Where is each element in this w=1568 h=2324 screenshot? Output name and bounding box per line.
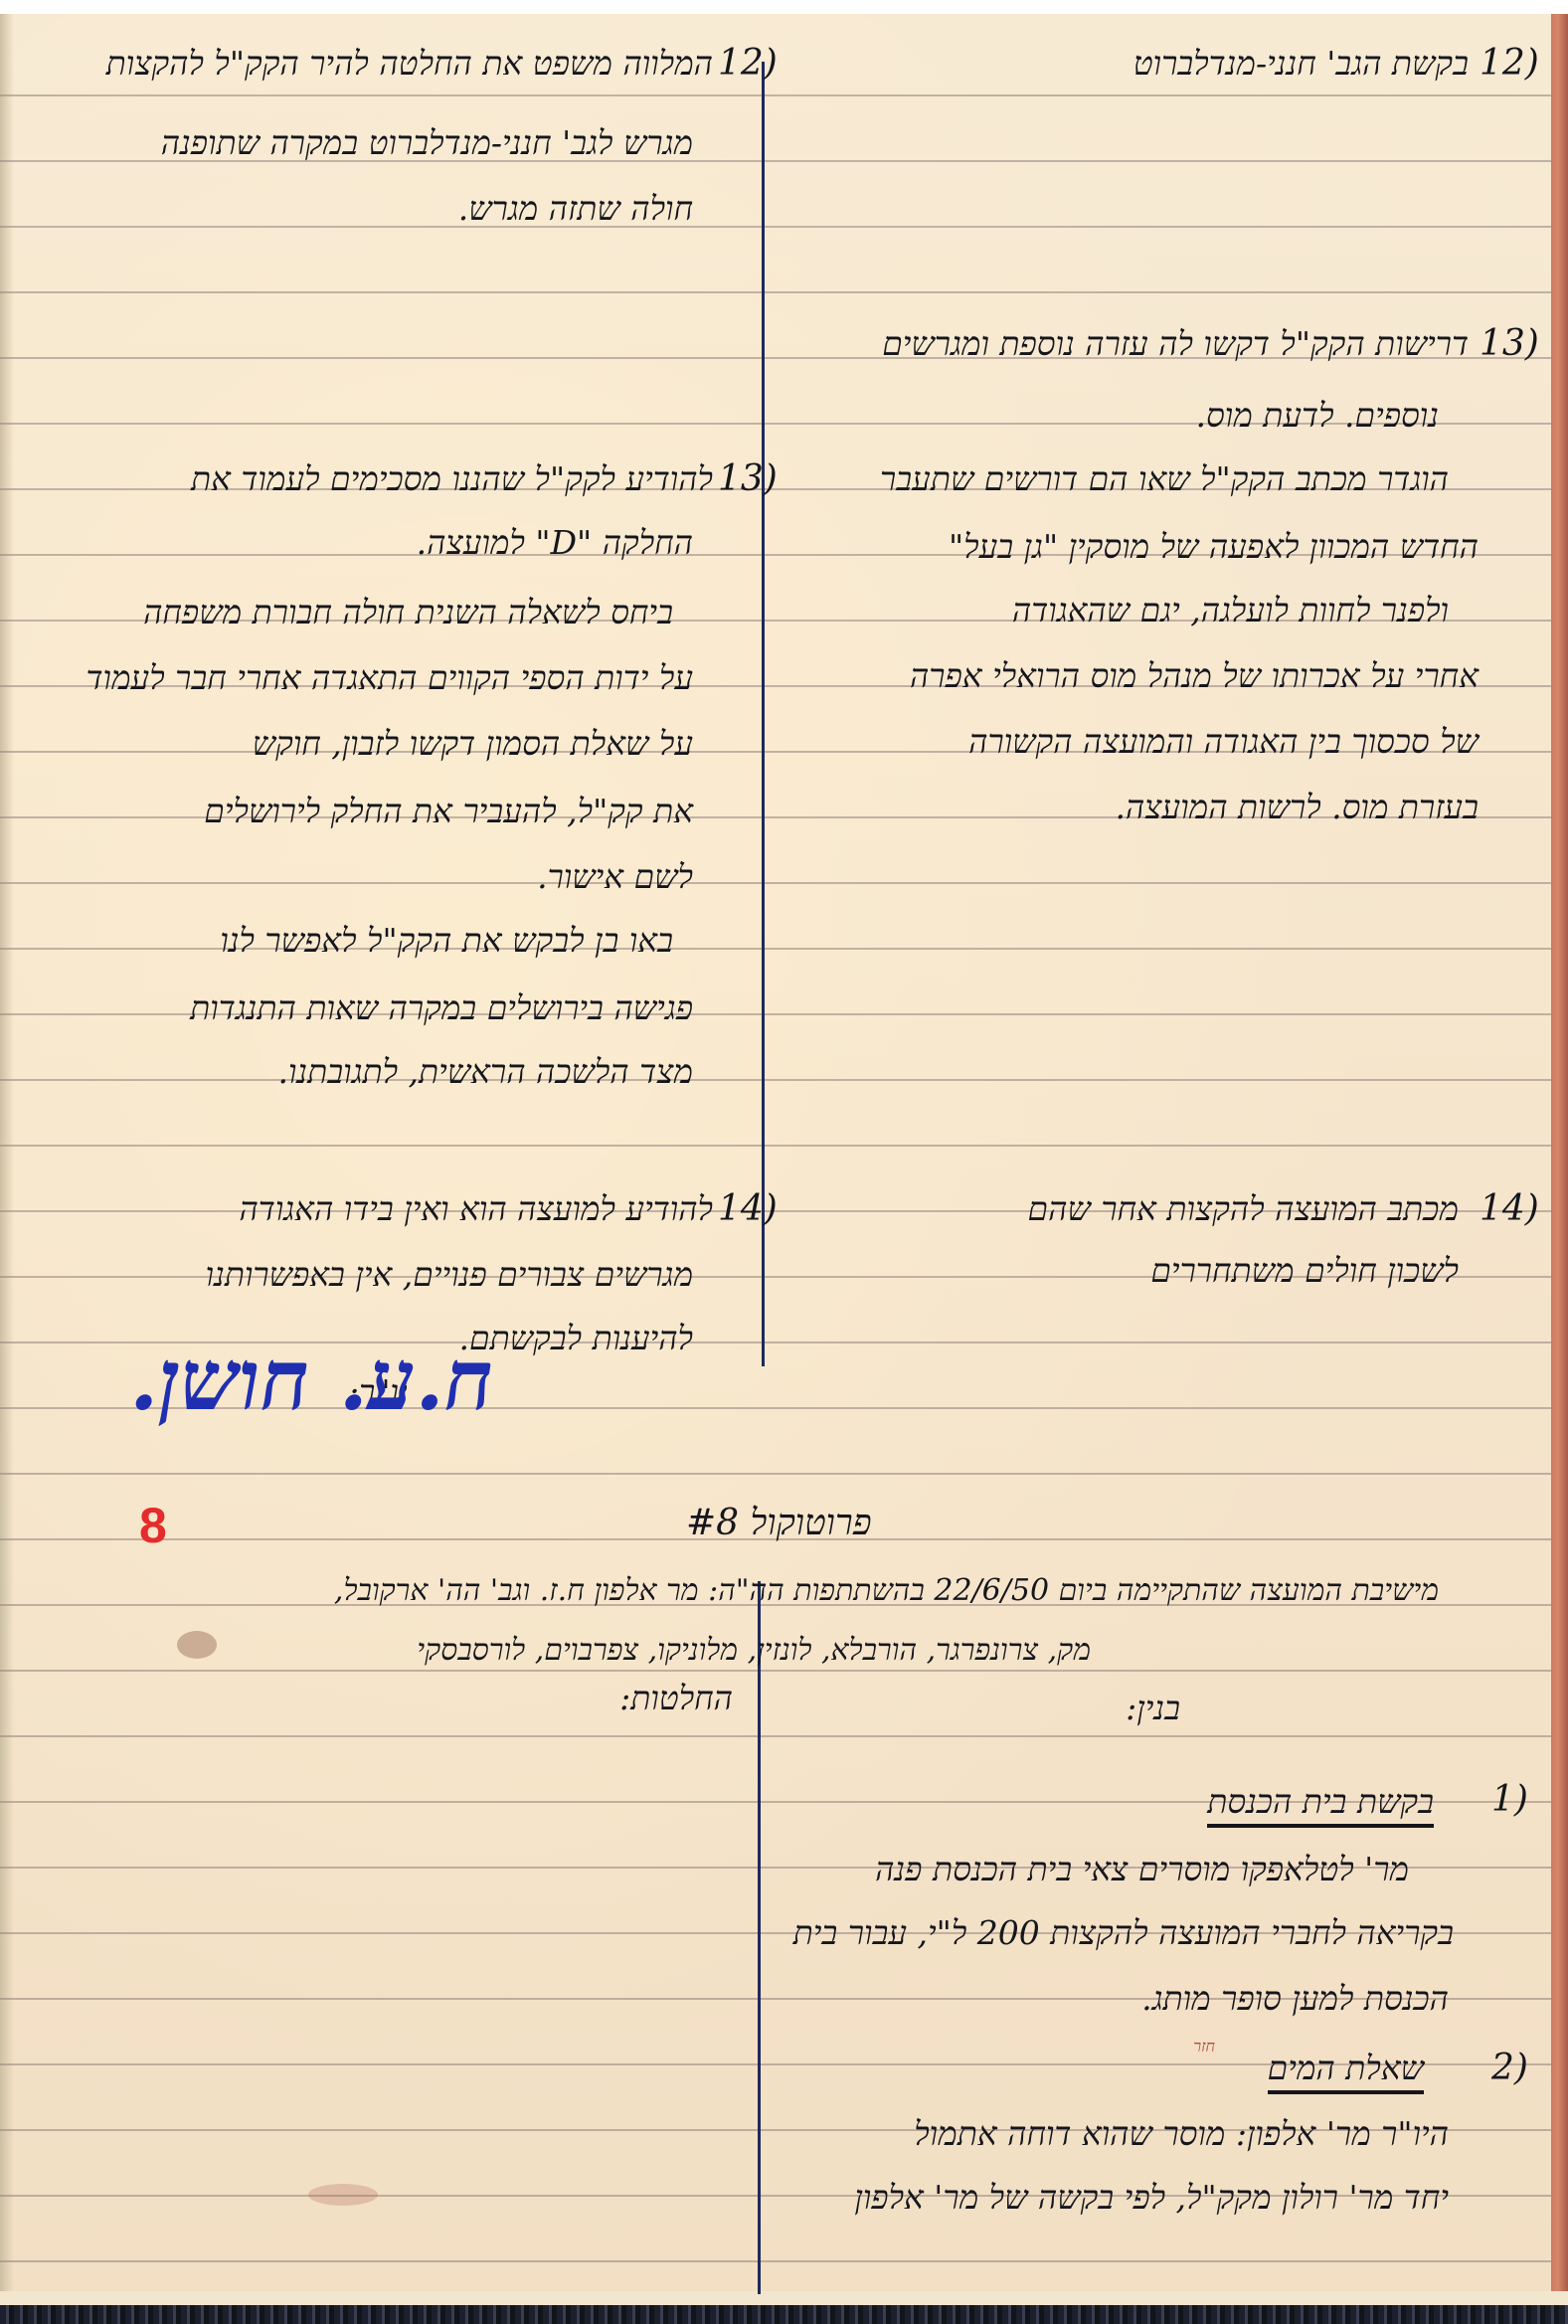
item-14-line: לשכון חולים משתחררים — [1150, 1251, 1459, 1291]
item-number: 13) — [718, 459, 778, 499]
decision-12-line: המלווה משפט את החלטה להיר הקק"ל להקצות — [106, 44, 713, 84]
item-2-line: היו"ר מר' אלפון: מוסר שהוא דוחה אתמול — [914, 2114, 1449, 2154]
decision-12-line: חולה שתזה מגרש. — [458, 189, 693, 229]
item-heading: שאלת המים — [1268, 2049, 1424, 2094]
item-number: 1) — [1491, 1780, 1528, 1820]
item-13-line: בעזרת מוס. לרשות המועצה. — [1115, 788, 1479, 827]
decision-13-line: על שאלת הסמון דקשו לזבון, חוקש — [253, 724, 693, 764]
item-14-line: מכתב המועצה להקצות אחר שהם — [1028, 1189, 1459, 1229]
decision-13-line: החלקה "D" למועצה. — [417, 523, 693, 563]
item-number: 2) — [1491, 2049, 1528, 2088]
decision-13-line: על ידות הספי הקווים התאגדה אחרי חבר לעמו… — [87, 658, 693, 698]
item-13-line: הוגדר מכתב הקק"ל שאו הם דורשים שתעבר — [880, 459, 1449, 499]
ruled-line — [0, 1145, 1551, 1147]
item-13-line: נוספים. לדעת מוס. — [1196, 396, 1440, 436]
decision-13-line: מצד הלשכה הראשית, לתגובתנו. — [277, 1052, 693, 1092]
decision-13-line: להודיע לקק"ל שהננו מסכימים לעמוד את — [191, 459, 713, 499]
decision-12-line: מגרש לגב' חנני-מנדלברוט במקרה שתופנה — [161, 123, 693, 163]
item-2-line: יחד מר' רולון מקק"ל, לפי בקשה של מר' אלפ… — [854, 2178, 1449, 2218]
notebook-binding-edge — [1551, 14, 1568, 2291]
item-1-line: בקריאה לחברי המועצה להקצות 200 ל"י, עבור… — [793, 1913, 1454, 1953]
decision-13-line: את קק"ל, להעביר את החלק לירושלים — [204, 792, 693, 831]
heading-annotation: חזר — [1193, 2027, 1215, 2066]
decision-13-line: באו בן לבקש את הקק"ל לאפשר לנו — [220, 921, 673, 961]
item-13-line: דרישות הקק"ל דקשו לה עזרה נוספת ומגרשים — [882, 324, 1469, 364]
chairman-signature: ח.ע. חושן. — [129, 1333, 493, 1428]
agenda-label: בנין: — [1126, 1689, 1180, 1728]
item-number: 12) — [1480, 44, 1539, 84]
ruled-line — [0, 94, 1551, 96]
decision-14-line: להודיע למועצה הוא ואין בידו האגודה — [239, 1189, 713, 1229]
page-left-edge — [0, 14, 14, 2291]
item-number: 13) — [1480, 324, 1539, 364]
item-number: 12) — [718, 44, 778, 84]
page-number-marker: 8 — [139, 1497, 167, 1554]
decision-13-line: לשם אישור. — [537, 857, 693, 897]
decision-13-line: ביחס לשאלה השנית חולה חבורת משפחה — [143, 593, 673, 632]
ruled-line — [0, 2260, 1551, 2262]
decisions-label: החלטות: — [619, 1679, 733, 1718]
scan-top-border — [0, 0, 1568, 14]
protocol-title: פרוטוקול #8 — [686, 1504, 872, 1543]
item-13-line: של סכסוך בין האגודה והמועצה הקשורה — [968, 722, 1479, 762]
decision-14-line: להיענות לבקשתם. — [459, 1319, 693, 1358]
item-1-line: מר' לטלאפקו מוסרים צאי בית הכנסת פנה — [875, 1850, 1409, 1889]
column-divider-bottom — [758, 1581, 761, 2294]
ruled-line — [0, 1079, 1551, 1081]
item-13-line: החדש המכוון לאפעה של מוסקין "גן בעל" — [949, 527, 1479, 567]
item-number: 14) — [1480, 1189, 1539, 1229]
item-13-line: ולפנר לחוות לועלגה, יגם שהאגודה — [1012, 591, 1449, 630]
item-number: 14) — [718, 1189, 778, 1229]
decision-13-line: פגישה בירושלים במקרה שאות התנגדות — [190, 988, 693, 1028]
ink-stain — [177, 1631, 217, 1659]
decision-14-line: מגרשים צבורים פנויים, אין באפשרותנו — [206, 1255, 693, 1295]
item-12-line: בקשת הגב' חנני-מנדלברוט — [1133, 44, 1469, 84]
scan-bottom-border — [0, 2305, 1568, 2324]
ruled-line — [0, 226, 1551, 228]
ruled-line — [0, 1735, 1551, 1737]
item-heading: בקשת בית הכנסת — [1207, 1782, 1434, 1828]
paper-stain — [308, 2184, 378, 2206]
ruled-line — [0, 1473, 1551, 1475]
column-divider-top — [762, 62, 765, 1366]
item-13-line: אחרי על אכרותו של מנהל מוס הרואלי אפרה — [910, 656, 1479, 696]
protocol-opening-line: מישיבת המועצה שהתקיימה ביום 22/6/50 בהשת… — [334, 1571, 1439, 1611]
protocol-opening-line: מק, צרונפרגר, הורבלא, לונזין, מלוניקו, צ… — [417, 1631, 1091, 1671]
ruled-line — [0, 291, 1551, 293]
item-1-line: הכנסת למען סופר מותג. — [1141, 1979, 1449, 2019]
ruled-line — [0, 882, 1551, 884]
